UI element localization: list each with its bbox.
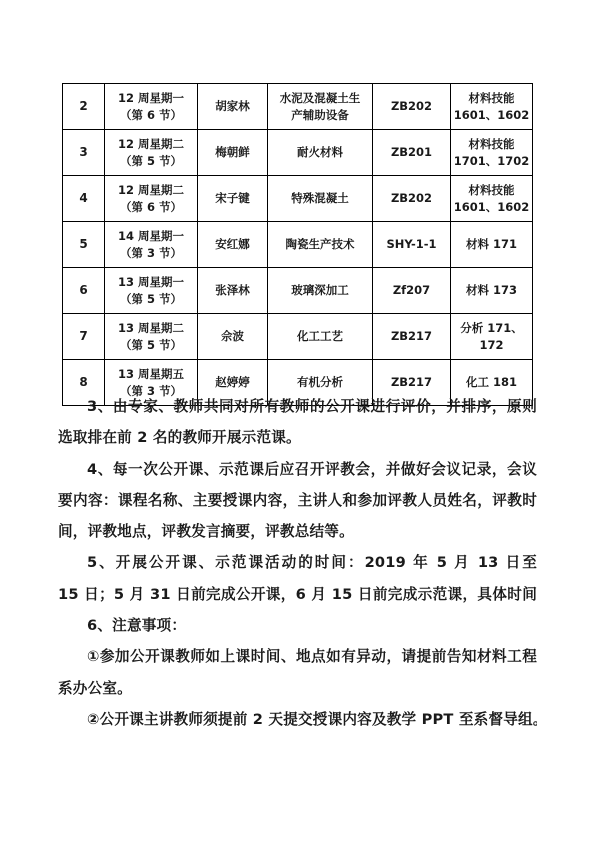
body-line: 3、由专家、教师共同对所有教师的公开课进行评价，并排序，原则上 bbox=[58, 391, 537, 422]
cell-class: 分析 171、 172 bbox=[451, 314, 533, 360]
body-line: ②公开课主讲教师须提前 2 天提交授课内容及教学 PPT 至系督导组。 bbox=[58, 704, 537, 735]
cell-course: 水泥及混凝土生 产辅助设备 bbox=[268, 84, 373, 130]
body-line: 系办公室。 bbox=[58, 673, 537, 704]
table-row: 5 14 周星期一 （第 3 节） 安红娜 陶瓷生产技术 SHY-1-1 材料 … bbox=[63, 222, 533, 268]
cell-teacher: 张泽林 bbox=[198, 268, 268, 314]
body-line: 间，评教地点，评教发言摘要，评教总结等。 bbox=[58, 516, 537, 547]
table-row: 2 12 周星期一 （第 6 节） 胡家林 水泥及混凝土生 产辅助设备 ZB20… bbox=[63, 84, 533, 130]
cell-room: ZB201 bbox=[373, 130, 451, 176]
cell-teacher: 安红娜 bbox=[198, 222, 268, 268]
cell-course: 陶瓷生产技术 bbox=[268, 222, 373, 268]
cell-room: Zf207 bbox=[373, 268, 451, 314]
cell-number: 6 bbox=[63, 268, 105, 314]
cell-time: 13 周星期一 （第 5 节） bbox=[105, 268, 198, 314]
open-class-schedule-table: 2 12 周星期一 （第 6 节） 胡家林 水泥及混凝土生 产辅助设备 ZB20… bbox=[62, 83, 533, 406]
cell-class: 材料技能 1601、1602 bbox=[451, 84, 533, 130]
cell-teacher: 梅朝鲜 bbox=[198, 130, 268, 176]
document-body: 3、由专家、教师共同对所有教师的公开课进行评价，并排序，原则上 选取排在前 2 … bbox=[58, 391, 537, 735]
cell-class: 材料技能 1601、1602 bbox=[451, 176, 533, 222]
cell-teacher: 胡家林 bbox=[198, 84, 268, 130]
body-line: 选取排在前 2 名的教师开展示范课。 bbox=[58, 422, 537, 453]
table-row: 3 12 周星期二 （第 5 节） 梅朝鲜 耐火材料 ZB201 材料技能 17… bbox=[63, 130, 533, 176]
cell-course: 耐火材料 bbox=[268, 130, 373, 176]
cell-time: 13 周星期二 （第 5 节） bbox=[105, 314, 198, 360]
cell-room: ZB217 bbox=[373, 314, 451, 360]
body-line: ①参加公开课教师如上课时间、地点如有异动，请提前告知材料工程 bbox=[58, 641, 537, 672]
body-line: 5、开展公开课、示范课活动的时间：2019 年 5 月 13 日至 2019 年… bbox=[58, 547, 537, 578]
cell-teacher: 佘波 bbox=[198, 314, 268, 360]
cell-time: 14 周星期一 （第 3 节） bbox=[105, 222, 198, 268]
body-line: 要内容：课程名称、主要授课内容，主讲人和参加评教人员姓名，评教时 bbox=[58, 485, 537, 516]
table-row: 6 13 周星期一 （第 5 节） 张泽林 玻璃深加工 Zf207 材料 173 bbox=[63, 268, 533, 314]
cell-number: 2 bbox=[63, 84, 105, 130]
cell-course: 化工工艺 bbox=[268, 314, 373, 360]
cell-time: 12 周星期二 （第 6 节） bbox=[105, 176, 198, 222]
table-row: 4 12 周星期二 （第 6 节） 宋子键 特殊混凝土 ZB202 材料技能 1… bbox=[63, 176, 533, 222]
cell-number: 7 bbox=[63, 314, 105, 360]
body-line: 4、每一次公开课、示范课后应召开评教会，并做好会议记录，会议主 bbox=[58, 454, 537, 485]
cell-time: 12 周星期一 （第 6 节） bbox=[105, 84, 198, 130]
cell-room: ZB202 bbox=[373, 176, 451, 222]
body-line: 15 日；5 月 31 日前完成公开课，6 月 15 日前完成示范课，具体时间待… bbox=[58, 579, 537, 610]
cell-room: SHY-1-1 bbox=[373, 222, 451, 268]
cell-time: 12 周星期二 （第 5 节） bbox=[105, 130, 198, 176]
cell-number: 4 bbox=[63, 176, 105, 222]
cell-number: 3 bbox=[63, 130, 105, 176]
cell-class: 材料技能 1701、1702 bbox=[451, 130, 533, 176]
body-line: 6、注意事项： bbox=[58, 610, 537, 641]
cell-class: 材料 171 bbox=[451, 222, 533, 268]
cell-number: 5 bbox=[63, 222, 105, 268]
cell-teacher: 宋子键 bbox=[198, 176, 268, 222]
document-page: 2 12 周星期一 （第 6 节） 胡家林 水泥及混凝土生 产辅助设备 ZB20… bbox=[0, 0, 595, 842]
table-row: 7 13 周星期二 （第 5 节） 佘波 化工工艺 ZB217 分析 171、 … bbox=[63, 314, 533, 360]
cell-class: 材料 173 bbox=[451, 268, 533, 314]
cell-course: 特殊混凝土 bbox=[268, 176, 373, 222]
cell-room: ZB202 bbox=[373, 84, 451, 130]
cell-course: 玻璃深加工 bbox=[268, 268, 373, 314]
